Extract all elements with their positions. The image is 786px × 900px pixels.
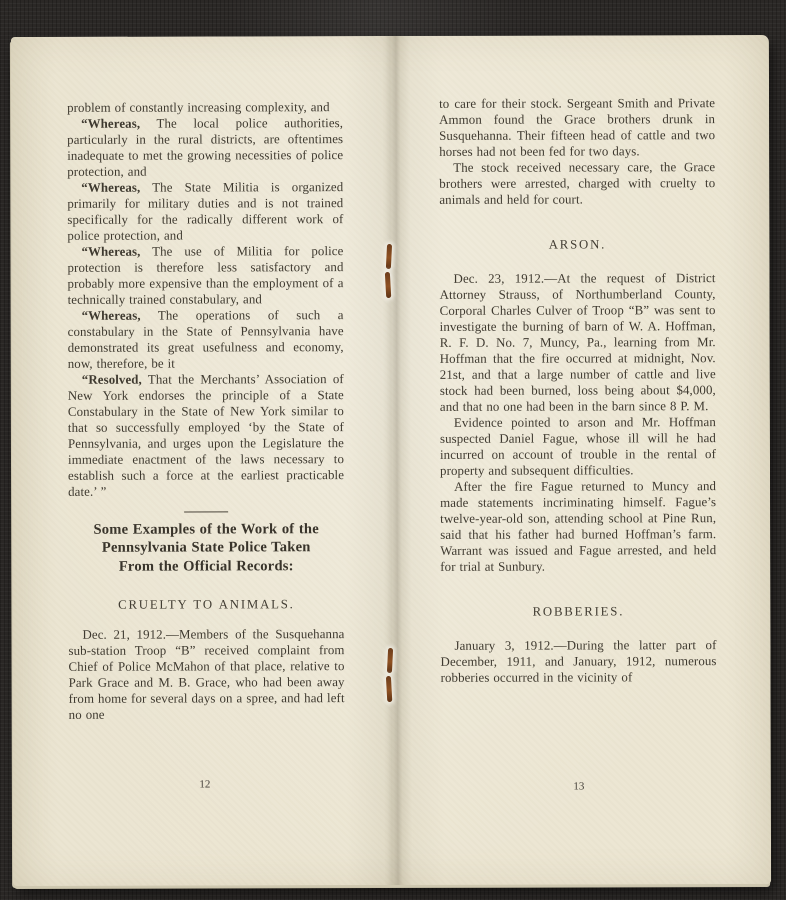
paragraph: Evidence pointed to arson and Mr. Hoffma… xyxy=(440,414,716,479)
paragraph: Dec. 23, 1912.—At the request of Distric… xyxy=(440,270,716,415)
subsection-heading-cruelty: CRUELTY TO ANIMALS. xyxy=(68,596,344,613)
booklet-spread: problem of constantly increasing complex… xyxy=(11,35,771,886)
staple-segment xyxy=(385,272,391,298)
gutter-shadow xyxy=(382,36,412,885)
paragraph: “Whereas, The State Militia is organized… xyxy=(67,179,343,244)
paragraph-text: After the fire Fague returned to Muncy a… xyxy=(440,479,716,574)
paragraph: “Whereas, The use of Militia for police … xyxy=(67,243,343,308)
paragraph-lead: “Whereas, xyxy=(82,309,141,323)
staple-segment xyxy=(387,648,393,673)
paragraph: “Whereas, The operations of such a const… xyxy=(68,307,344,372)
paragraph-lead: “Whereas, xyxy=(81,117,140,131)
paragraph-text: Evidence pointed to arson and Mr. Hoffma… xyxy=(440,415,716,478)
paragraph: Dec. 21, 1912.—Members of the Susquehann… xyxy=(68,626,344,723)
paragraph-text: problem of constantly increasing complex… xyxy=(67,100,330,115)
page-number-left: 12 xyxy=(67,778,343,791)
left-page: problem of constantly increasing complex… xyxy=(67,99,345,723)
paragraph-lead: “Resolved, xyxy=(82,373,142,387)
paragraph: to care for their stock. Sergeant Smith … xyxy=(439,95,715,160)
paragraph-text: That the Merchants’ Association of New Y… xyxy=(68,372,344,499)
section-heading: Some Examples of the Work of the Pennsyl… xyxy=(68,520,344,576)
paragraph-text: January 3, 1912.—During the latter part … xyxy=(441,638,717,685)
section-heading-line: Some Examples of the Work of the xyxy=(68,520,344,539)
staple-segment xyxy=(386,244,392,269)
section-heading-line: Pennsylvania State Police Taken xyxy=(68,539,344,558)
staple-top xyxy=(383,244,395,302)
paragraph: “Whereas, The local police authorities, … xyxy=(67,115,343,180)
paragraph-text: to care for their stock. Sergeant Smith … xyxy=(439,96,715,159)
page-number-right: 13 xyxy=(441,780,717,793)
paragraph: “Resolved, That the Merchants’ Associati… xyxy=(68,371,344,500)
section-heading-line: From the Official Records: xyxy=(68,557,344,576)
paragraph-lead: “Whereas, xyxy=(81,245,140,259)
paragraph: After the fire Fague returned to Muncy a… xyxy=(440,478,716,575)
photo-background: problem of constantly increasing complex… xyxy=(0,0,786,900)
staple-bottom xyxy=(384,648,396,706)
paragraph-lead: “Whereas, xyxy=(81,181,140,195)
paragraph-text: The stock received necessary care, the G… xyxy=(439,160,715,207)
subsection-heading-robberies: ROBBERIES. xyxy=(440,603,716,620)
paragraph: January 3, 1912.—During the latter part … xyxy=(440,637,716,686)
section-divider xyxy=(184,511,228,512)
staple-segment xyxy=(386,676,392,702)
paragraph-text: Dec. 21, 1912.—Members of the Susquehann… xyxy=(68,627,344,722)
paragraph-text: Dec. 23, 1912.—At the request of Distric… xyxy=(440,271,716,414)
paragraph: The stock received necessary care, the G… xyxy=(439,159,715,208)
right-page: to care for their stock. Sergeant Smith … xyxy=(439,95,717,686)
paragraph: problem of constantly increasing complex… xyxy=(67,99,343,116)
subsection-heading-arson: ARSON. xyxy=(439,236,715,253)
